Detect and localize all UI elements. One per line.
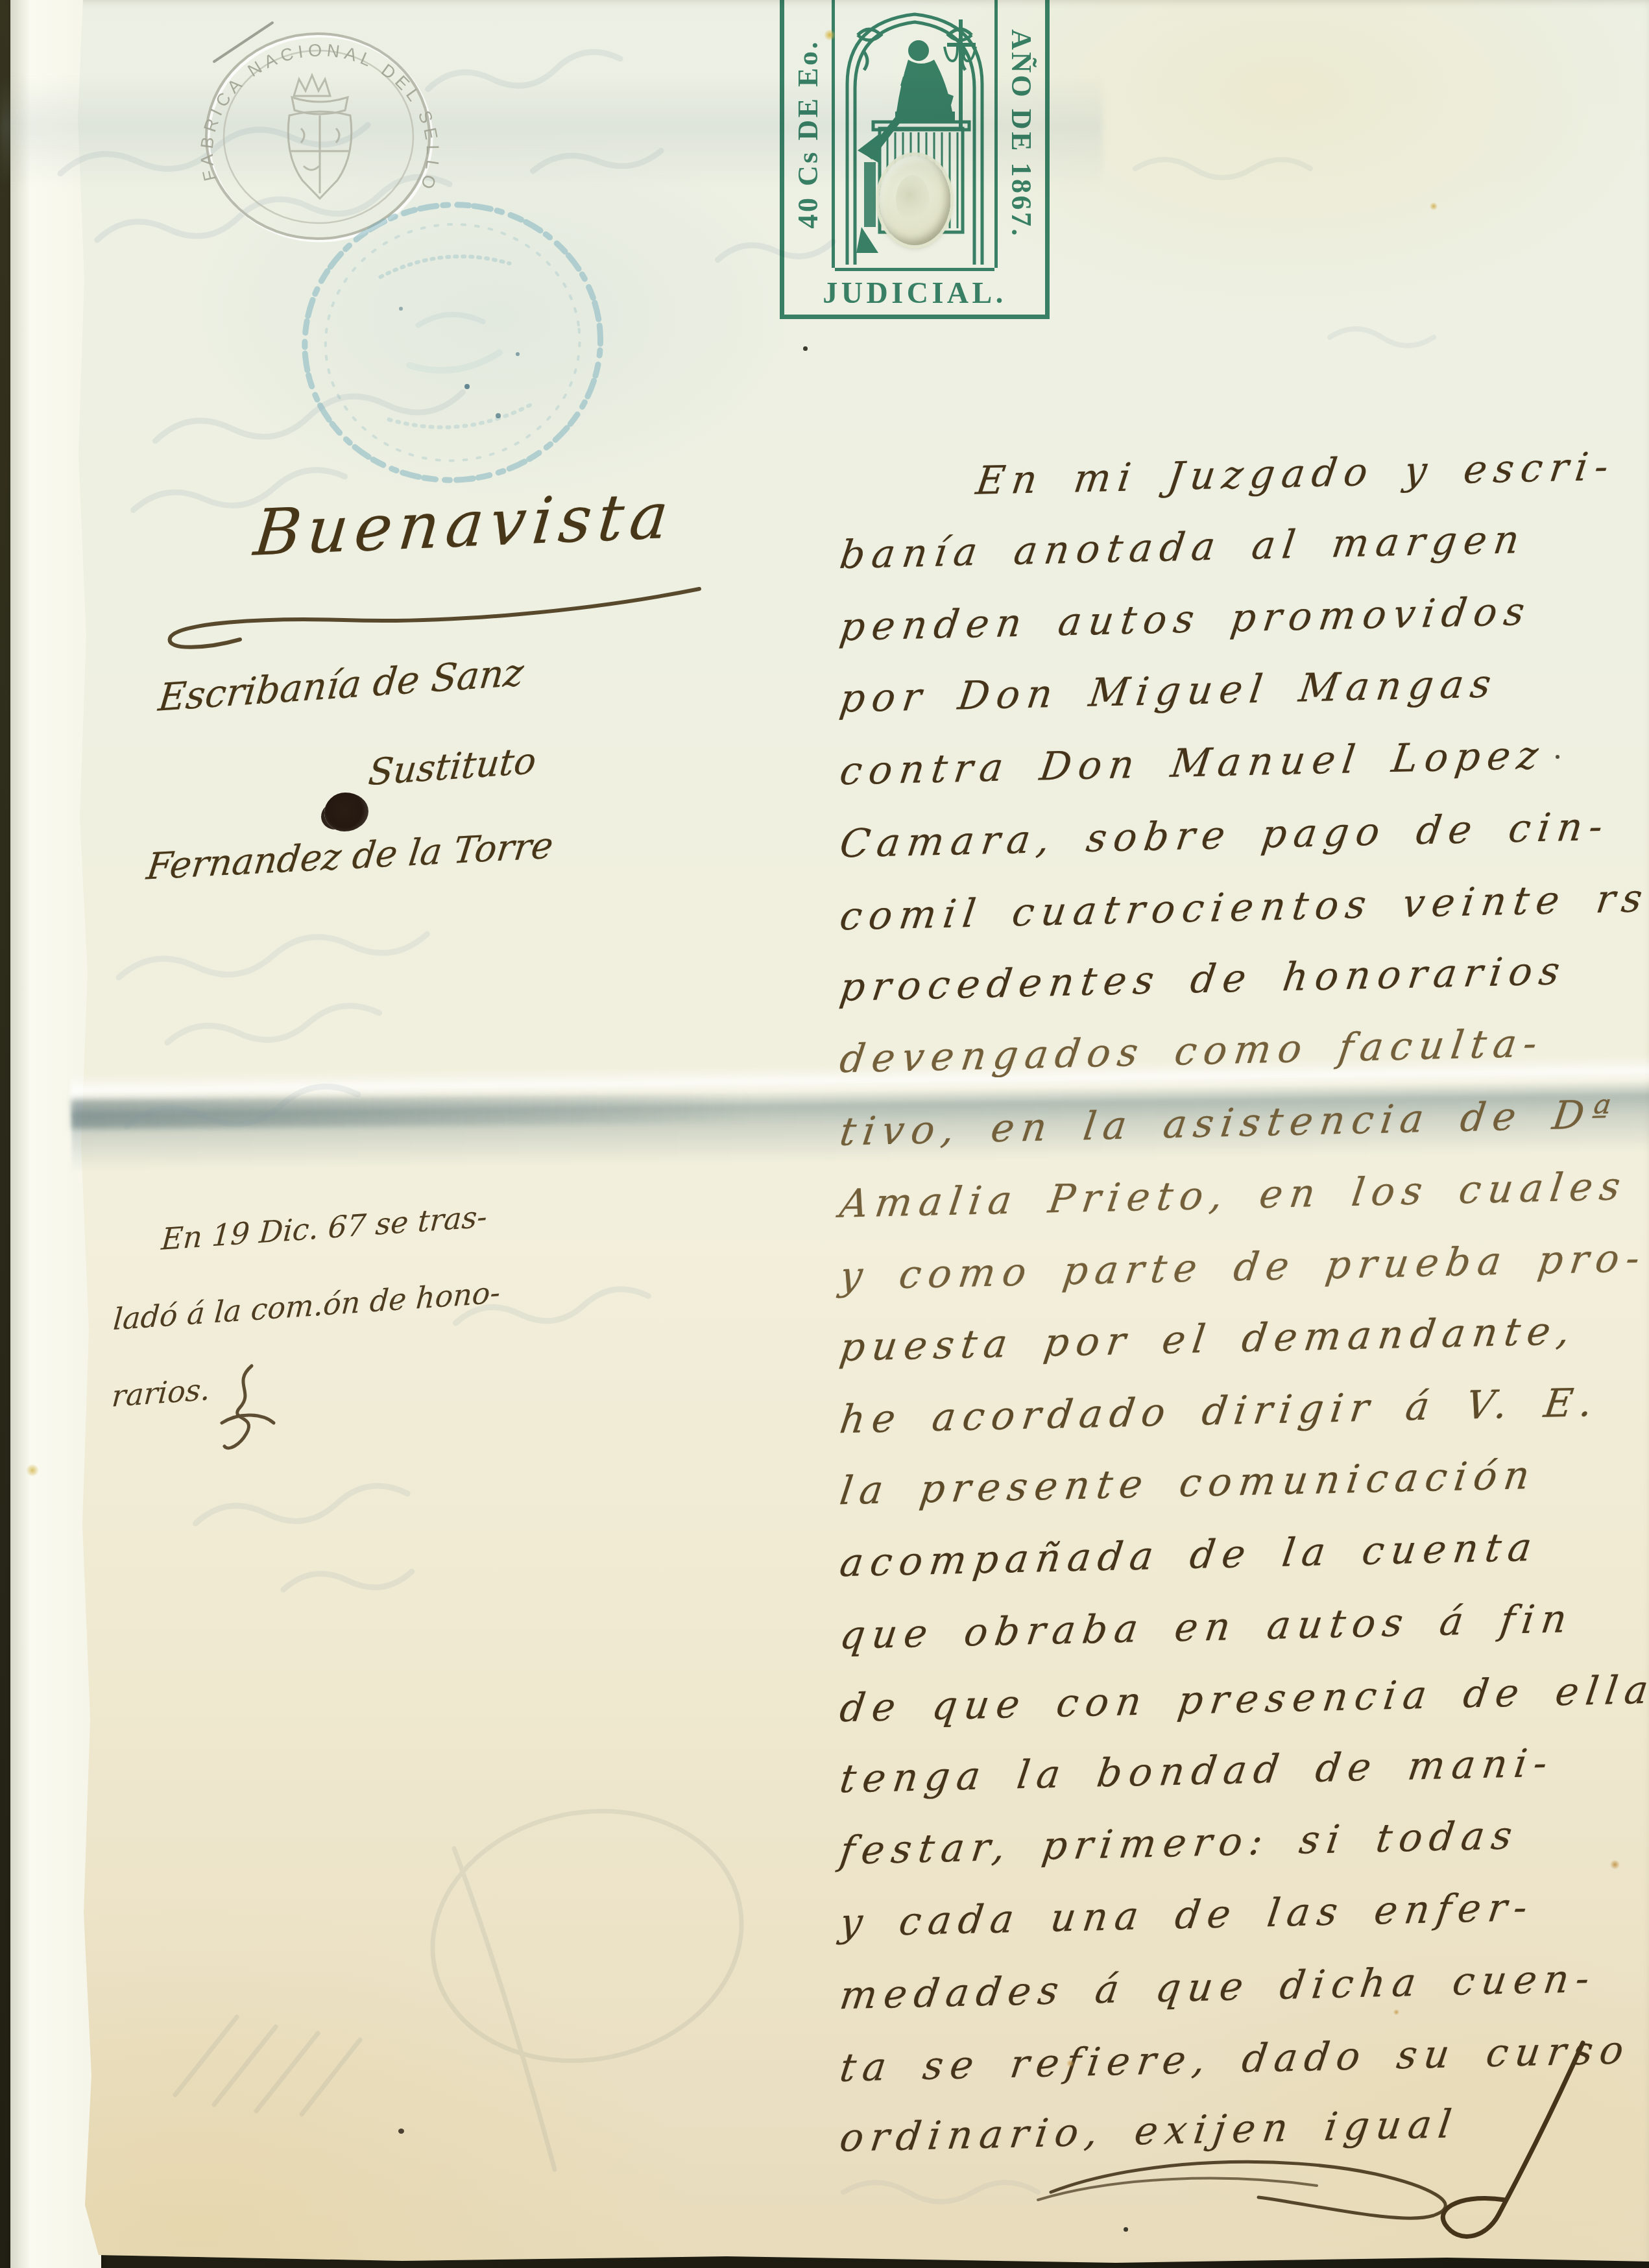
body-line: En mi Juzgado y escri- [837, 444, 1618, 507]
stamp-left-band: 40 Cs DE Eo. [784, 0, 835, 268]
body-line: puesta por el demandante, [837, 1308, 1580, 1370]
body-text: En mi Juzgado y escri- banía anotada al … [840, 0, 1649, 2268]
dust-speck [1556, 755, 1559, 759]
dust-speck [398, 2129, 404, 2134]
body-line: tivo, en la asistencia de Dª [837, 1092, 1619, 1154]
margin-note: En 19 Dic. 67 se tras- ladó á la com.ón … [108, 1176, 511, 1435]
body-line: ordinario, exijen igual [837, 2101, 1461, 2161]
scanner-background: { "colors":{ "stamp_green":"#2f8068", "i… [0, 0, 1649, 2268]
body-line: Amalia Prieto, en los cuales [837, 1164, 1630, 1227]
foxing-spot [26, 1464, 39, 1476]
body-line: acompañada de la cuenta [837, 1525, 1541, 1586]
body-line: medades á que dicha cuen- [837, 1956, 1599, 2019]
body-line: comil cuatrocientos veinte rs. [837, 875, 1649, 939]
body-line: por Don Miguel Mangas [837, 661, 1500, 721]
body-line: Camara, sobre pago de cin- [837, 804, 1612, 866]
body-line: he acordado dirigir á V. E. [837, 1380, 1602, 1443]
body-line: la presente comunicación [837, 1453, 1539, 1514]
body-line: contra Don Manuel Lopez [837, 733, 1548, 794]
dust-speck [803, 346, 808, 351]
body-line: tenga la bondad de mani- [837, 1740, 1557, 1802]
body-line: procedentes de honorarios [837, 948, 1569, 1010]
body-line: y como parte de prueba pro- [837, 1235, 1649, 1299]
body-line: ta se refiere, dado su curso [837, 2027, 1633, 2091]
foxing-spot [1393, 2009, 1399, 2015]
body-line: banía anotada al margen [837, 517, 1529, 578]
body-line: festar, primero: si todas [837, 1813, 1521, 1874]
body-line: penden autos promovidos [837, 589, 1534, 650]
body-line: devengados como faculta- [837, 1021, 1547, 1082]
foxing-spot [1610, 1860, 1620, 1869]
scanned-document-page: FABRICA NACIONAL DEL SELLO [0, 0, 1649, 2268]
foxing-spot [1066, 2060, 1074, 2067]
dust-speck [1124, 2227, 1128, 2232]
stamp-left-label: 40 Cs DE Eo. [791, 40, 824, 229]
body-line: que obraba en autos á fin [837, 1596, 1576, 1658]
foxing-spot [1430, 202, 1438, 210]
foxing-spot [824, 30, 836, 40]
body-line: de que con presencia de ella [837, 1667, 1649, 1732]
body-line: y cada una de las enfer- [837, 1885, 1537, 1946]
